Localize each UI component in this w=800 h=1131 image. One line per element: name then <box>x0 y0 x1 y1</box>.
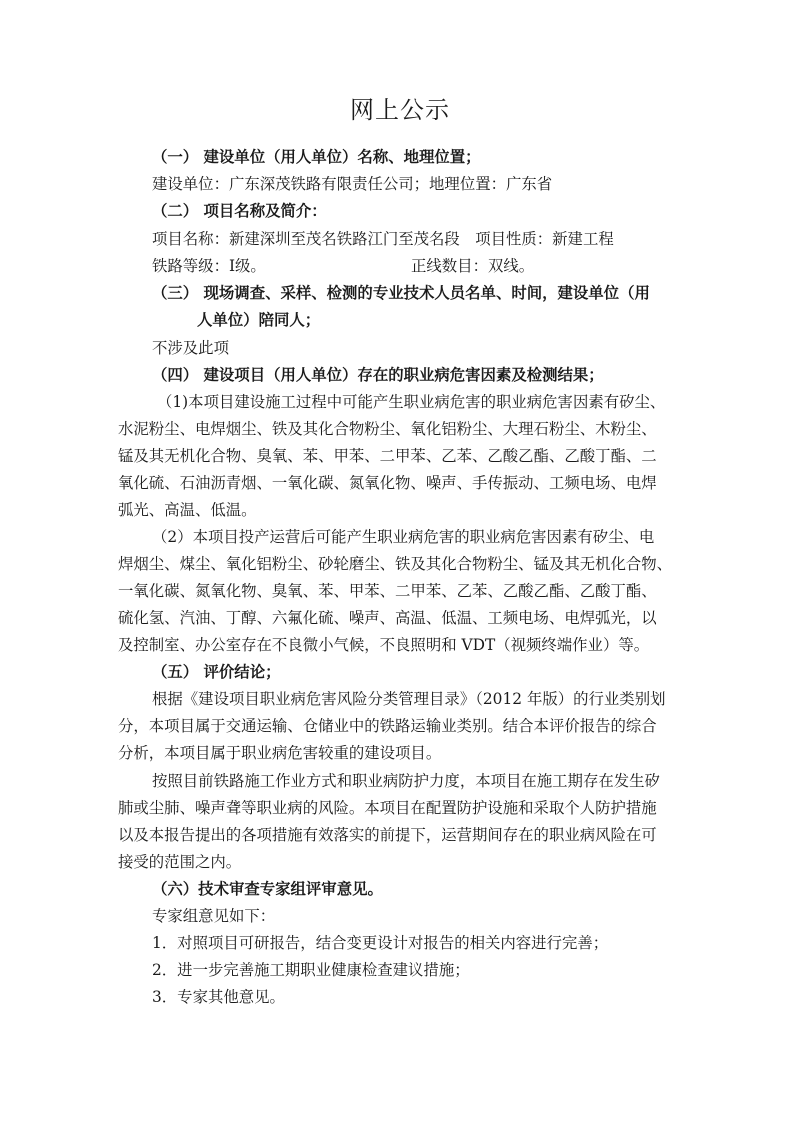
section-4-p1-line: 水泥粉尘、电焊烟尘、铁及其化合物粉尘、氧化铝粉尘、大理石粉尘、木粉尘、 <box>118 419 657 439</box>
section-3-heading-line2: 人单位）陪同人； <box>197 310 320 330</box>
section-6-item: 2．进一步完善施工期职业健康检查建议措施； <box>152 960 470 980</box>
section-5-heading: （五） 评价结论； <box>152 662 280 682</box>
section-1-heading: （一） 建设单位（用人单位）名称、地理位置； <box>152 147 481 167</box>
section-2-project-name: 项目名称：新建深圳至茂名铁路江门至茂名段 项目性质：新建工程 <box>152 229 614 249</box>
section-5-p1-line: 分析，本项目属于职业病危害较重的建设项目。 <box>118 743 441 763</box>
section-3-heading-line1: （三） 现场调查、采样、检测的专业技术人员名单、时间，建设单位（用 <box>152 283 650 303</box>
section-4-heading: （四） 建设项目（用人单位）存在的职业病危害因素及检测结果； <box>152 365 604 385</box>
section-2-railway-grade: 铁路等级：Ⅰ级。 <box>152 256 266 276</box>
section-4-p1-line: （1)本项目建设施工过程中可能产生职业病危害的职业病危害因素有矽尘、 <box>157 392 665 412</box>
section-2-track-count: 正线数目：双线。 <box>411 256 534 276</box>
section-4-p2-line: （2）本项目投产运营后可能产生职业病危害的职业病危害因素有矽尘、电 <box>152 527 654 547</box>
section-6-heading: （六）技术审查专家组评审意见。 <box>152 879 383 899</box>
section-6-intro: 专家组意见如下： <box>152 906 275 926</box>
section-5-p2-line: 接受的范围之内。 <box>118 852 241 872</box>
section-4-p2-line: 硫化氢、汽油、丁醇、六氟化硫、噪声、高温、低温、工频电场、电焊弧光，以 <box>118 608 657 628</box>
section-5-p1-line: 分，本项目属于交通运输、仓储业中的铁路运输业类别。结合本评价报告的综合 <box>118 716 657 736</box>
document-page: 网上公示 （一） 建设单位（用人单位）名称、地理位置； 建设单位：广东深茂铁路有… <box>0 0 800 1131</box>
section-5-p2-line: 按照目前铁路施工作业方式和职业病防护力度，本项目在施工期存在发生矽 <box>152 771 660 791</box>
section-6-item: 3．专家其他意见。 <box>152 987 285 1007</box>
section-1-body: 建设单位：广东深茂铁路有限责任公司；地理位置：广东省 <box>152 174 552 194</box>
section-4-p2-line: 及控制室、办公室存在不良微小气候，不良照明和 VDT（视频终端作业）等。 <box>118 635 649 655</box>
section-2-heading: （二） 项目名称及简介： <box>152 201 327 221</box>
page-title: 网上公示 <box>0 90 800 125</box>
section-3-body: 不涉及此项 <box>152 338 229 358</box>
section-5-p1-line: 根据《建设项目职业病危害风险分类管理目录》（2012 年版）的行业类别划 <box>152 689 665 709</box>
section-4-p1-line: 弧光、高温、低温。 <box>118 500 257 520</box>
section-4-p2-line: 焊烟尘、煤尘、氧化铝粉尘、砂轮磨尘、铁及其化合物粉尘、锰及其无机化合物、 <box>118 554 672 574</box>
section-5-p2-line: 肺或尘肺、噪声聋等职业病的风险。本项目在配置防护设施和采取个人防护措施 <box>118 798 657 818</box>
section-5-p2-line: 以及本报告提出的各项措施有效落实的前提下，运营期间存在的职业病风险在可 <box>118 825 657 845</box>
section-6-item: 1．对照项目可研报告，结合变更设计对报告的相关内容进行完善； <box>152 933 608 953</box>
section-4-p1-line: 锰及其无机化合物、臭氧、苯、甲苯、二甲苯、乙苯、乙酸乙酯、乙酸丁酯、二 <box>118 446 657 466</box>
section-4-p2-line: 一氧化碳、氮氧化物、臭氧、苯、甲苯、二甲苯、乙苯、乙酸乙酯、乙酸丁酯、 <box>118 581 657 601</box>
section-4-p1-line: 氧化硫、石油沥青烟、一氧化碳、氮氧化物、噪声、手传振动、工频电场、电焊 <box>118 473 657 493</box>
